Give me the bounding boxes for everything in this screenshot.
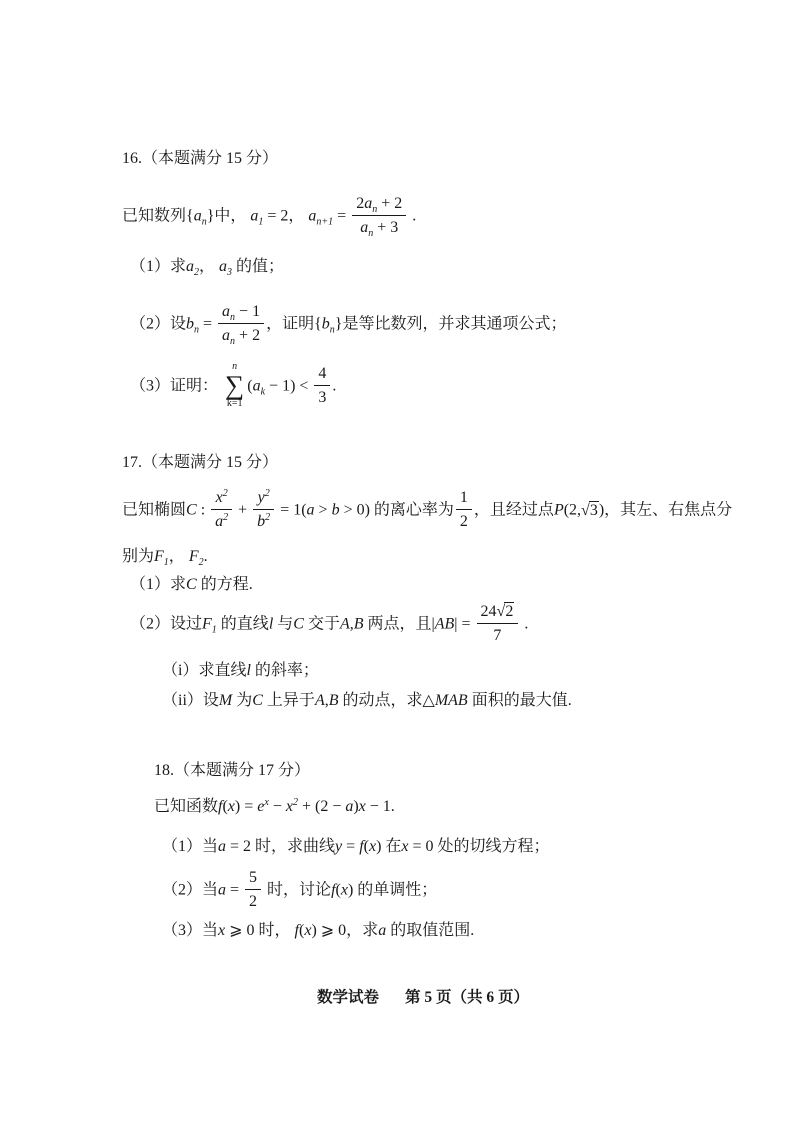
math-fraction: 2an + 2an + 3 [352, 193, 406, 237]
math-text: （3）证明： [130, 378, 222, 395]
math-text: − [269, 798, 286, 815]
fraction-numerator: 2an + 2 [352, 193, 406, 216]
math-var: y [258, 489, 265, 506]
math-var: a [222, 303, 230, 320]
question-18-part-1: （1）当a = 2 时，求曲线y = f(x) 在x = 0 处的切线方程； [122, 835, 762, 859]
math-text: （ii）设 [162, 692, 219, 709]
math-text: 与 [273, 616, 293, 633]
math-var: C [252, 692, 263, 709]
footer-page-number: 第 5 页（共 6 页） [405, 989, 529, 1006]
math-text: ， [199, 258, 219, 275]
question-17-intro-line-2: 别为F1， F2. [122, 545, 762, 569]
math-fraction: an − 1an + 2 [218, 301, 264, 345]
math-fraction: 52 [245, 867, 261, 911]
math-var: b [322, 316, 330, 333]
math-text: （2）设过 [130, 616, 202, 633]
question-18-part-3: （3）当x ⩾ 0 时， f(x) ⩾ 0，求a 的取值范围. [122, 919, 762, 943]
math-var: x [286, 798, 293, 815]
question-17-part-2: （2）设过F1 的直线l 与C 交于A,B 两点，且|AB| = 24√27 . [122, 603, 762, 647]
math-text: + [234, 502, 251, 519]
fraction-denominator: a2 [211, 510, 232, 531]
fraction-numerator: y2 [253, 487, 274, 510]
math-text: − 1) < [265, 378, 312, 395]
fraction-denominator: an + 2 [218, 324, 264, 345]
math-text: ) 在 [376, 838, 401, 855]
math-var: B [329, 692, 339, 709]
math-var: AB [435, 616, 455, 633]
math-text: （2）当 [162, 882, 218, 899]
math-var: a [364, 195, 372, 212]
radicand: 2 [504, 602, 514, 620]
math-text: ) ⩾ 0，求 [311, 922, 378, 939]
math-text: }中， [207, 208, 251, 225]
math-text: （1）求 [130, 258, 186, 275]
question-18: 18.（本题满分 17 分） 已知函数f(x) = ex − x2 + (2 −… [122, 759, 762, 943]
math-text: − 1 [235, 303, 260, 320]
sigma-symbol: ∑ [225, 372, 244, 398]
question-18-header: 18.（本题满分 17 分） [122, 759, 762, 783]
math-var: a [218, 838, 226, 855]
math-text: : [197, 502, 209, 519]
math-var: C [186, 502, 197, 519]
math-var: b [332, 502, 340, 519]
math-text: 2 [249, 893, 257, 910]
math-var: x [228, 798, 235, 815]
math-text: + (2 − [298, 798, 345, 815]
question-17: 17.（本题满分 15 分） 已知椭圆C : x2a2 + y2b2 = 1(a… [122, 451, 762, 713]
math-text: 为 [232, 692, 252, 709]
math-var: a [378, 922, 386, 939]
math-text: 5 [249, 869, 257, 886]
fraction-numerator: 24√2 [477, 601, 519, 624]
math-text: ， [169, 548, 189, 565]
math-superscript: 2 [265, 512, 270, 523]
math-text: 两点，且| [364, 616, 435, 633]
math-var: a [222, 327, 230, 344]
math-text: (2, [564, 502, 581, 519]
math-text: ，证明{ [266, 316, 322, 333]
math-text: 4 [318, 365, 326, 382]
math-var: MAB [435, 692, 468, 709]
math-square-root: √2 [497, 603, 515, 620]
math-var: B [354, 616, 364, 633]
math-var: x [216, 489, 223, 506]
math-subscript: n+1 [316, 217, 333, 228]
fraction-denominator: 2 [245, 890, 261, 911]
math-var: F [154, 548, 164, 565]
math-summation: n∑k=1 [225, 361, 244, 409]
math-text: 的取值范围. [386, 922, 474, 939]
math-text: = 2， [263, 208, 308, 225]
math-square-root: √3 [581, 502, 599, 519]
math-text: 2 [460, 513, 468, 530]
question-16-intro: 已知数列{an}中， a1 = 2， an+1 = 2an + 2an + 3 … [122, 195, 762, 239]
fraction-numerator: 5 [245, 867, 261, 890]
math-text: 交于 [304, 616, 340, 633]
page-footer: 数学试卷第 5 页（共 6 页） [0, 985, 800, 1007]
math-text: 7 [493, 627, 501, 644]
math-text: | = [454, 616, 474, 633]
fraction-numerator: 4 [314, 363, 330, 386]
math-text: 时，讨论 [263, 882, 331, 899]
fraction-numerator: x2 [211, 487, 232, 510]
math-var: a [253, 378, 261, 395]
math-text: （3）当 [162, 922, 218, 939]
math-text: = [342, 838, 359, 855]
math-text: . [408, 208, 416, 225]
math-text: 已知椭圆 [122, 502, 186, 519]
math-var: a [218, 882, 226, 899]
math-text: ⩾ 0 时， [225, 922, 294, 939]
math-text: 的值； [232, 258, 284, 275]
fraction-numerator: an − 1 [218, 301, 264, 324]
question-17-part-2-ii: （ii）设M 为C 上异于A,B 的动点，求△MAB 面积的最大值. [122, 689, 762, 713]
math-text: = [333, 208, 350, 225]
math-var: a [186, 258, 194, 275]
math-text: . [520, 616, 528, 633]
math-var: a [219, 258, 227, 275]
math-text: = 1( [276, 502, 306, 519]
math-var: C [186, 576, 197, 593]
math-var: x [401, 838, 408, 855]
math-text: 上异于 [263, 692, 315, 709]
math-var: M [219, 692, 232, 709]
math-text: = [199, 316, 216, 333]
math-var: A [315, 692, 325, 709]
summation-lower-limit: k=1 [227, 398, 243, 409]
math-var: A [340, 616, 350, 633]
question-17-intro-line-1: 已知椭圆C : x2a2 + y2b2 = 1(a > b > 0) 的离心率为… [122, 489, 762, 533]
question-16-part-3: （3）证明： n∑k=1(ak − 1) < 43. [122, 363, 762, 411]
question-16-part-2: （2）设bn = an − 1an + 2，证明{bn}是等比数列，并求其通项公… [122, 303, 762, 347]
math-text: 别为 [122, 548, 154, 565]
math-text: （i）求直线 [162, 662, 246, 679]
math-text: = 0 处的切线方程； [409, 838, 550, 855]
question-18-part-2: （2）当a = 52 时，讨论f(x) 的单调性； [122, 869, 762, 913]
math-fraction: 12 [456, 487, 472, 531]
math-var: a [215, 513, 223, 530]
footer-exam-title: 数学试卷 [317, 989, 379, 1006]
math-text: 的方程. [197, 576, 253, 593]
math-text: = [226, 882, 243, 899]
math-text: 已知函数 [154, 798, 218, 815]
math-text: 3 [318, 389, 326, 406]
math-fraction: x2a2 [211, 487, 232, 531]
math-text: + 2 [377, 195, 402, 212]
math-var: x [359, 798, 366, 815]
math-fraction: 24√27 [477, 601, 519, 645]
math-var: a [307, 502, 315, 519]
math-text: ) 的单调性； [348, 882, 437, 899]
math-text: 24 [481, 603, 497, 620]
math-superscript: 2 [265, 488, 270, 499]
math-var: a [194, 208, 202, 225]
math-fraction: y2b2 [253, 487, 274, 531]
question-16-header: 16.（本题满分 15 分） [122, 147, 762, 171]
math-text: （1）求 [130, 576, 186, 593]
exam-page: 16.（本题满分 15 分） 已知数列{an}中， a1 = 2， an+1 =… [122, 147, 762, 943]
math-text: − 1. [366, 798, 395, 815]
math-text: ) = [235, 798, 257, 815]
math-text: （2）设 [130, 316, 186, 333]
math-text: + 2 [235, 327, 260, 344]
math-superscript: 2 [223, 512, 228, 523]
math-var: F [189, 548, 199, 565]
math-text: 的直线 [217, 616, 269, 633]
math-text: 1 [460, 489, 468, 506]
math-text: = 2 时，求曲线 [226, 838, 335, 855]
fraction-denominator: 3 [314, 386, 330, 407]
question-17-part-2-i: （i）求直线l 的斜率； [122, 659, 762, 683]
math-text: . [204, 548, 208, 565]
fraction-numerator: 1 [456, 487, 472, 510]
question-17-header: 17.（本题满分 15 分） [122, 451, 762, 475]
math-text: 的斜率； [251, 662, 319, 679]
math-text: 2 [356, 195, 364, 212]
math-var: a [360, 219, 368, 236]
question-16-part-1: （1）求a2， a3 的值； [122, 255, 762, 279]
radicand: 3 [589, 501, 599, 519]
question-16: 16.（本题满分 15 分） 已知数列{an}中， a1 = 2， an+1 =… [122, 147, 762, 411]
question-17-part-1: （1）求C 的方程. [122, 573, 762, 597]
math-var: b [186, 316, 194, 333]
math-text: 面积的最大值. [468, 692, 572, 709]
math-fraction: 43 [314, 363, 330, 407]
math-text: . [332, 378, 336, 395]
math-text: ，且经过点 [474, 502, 554, 519]
math-superscript: 2 [223, 488, 228, 499]
math-text: )，其左、右焦点分 [599, 502, 732, 519]
math-var: F [202, 616, 212, 633]
question-18-intro: 已知函数f(x) = ex − x2 + (2 − a)x − 1. [122, 795, 762, 819]
math-text: }是等比数列，并求其通项公式； [335, 316, 567, 333]
math-text: > 0) 的离心率为 [340, 502, 454, 519]
math-text: > [315, 502, 332, 519]
math-var: x [341, 882, 348, 899]
math-var: b [257, 513, 265, 530]
fraction-denominator: b2 [253, 510, 274, 531]
math-text: 的动点，求△ [339, 692, 435, 709]
fraction-denominator: 7 [477, 624, 519, 645]
math-var: x [369, 838, 376, 855]
math-var: C [293, 616, 304, 633]
math-text: （1）当 [162, 838, 218, 855]
fraction-denominator: an + 3 [352, 216, 406, 237]
fraction-denominator: 2 [456, 510, 472, 531]
math-text: + 3 [373, 219, 398, 236]
math-text: 已知数列{ [122, 208, 194, 225]
math-var: P [554, 502, 564, 519]
